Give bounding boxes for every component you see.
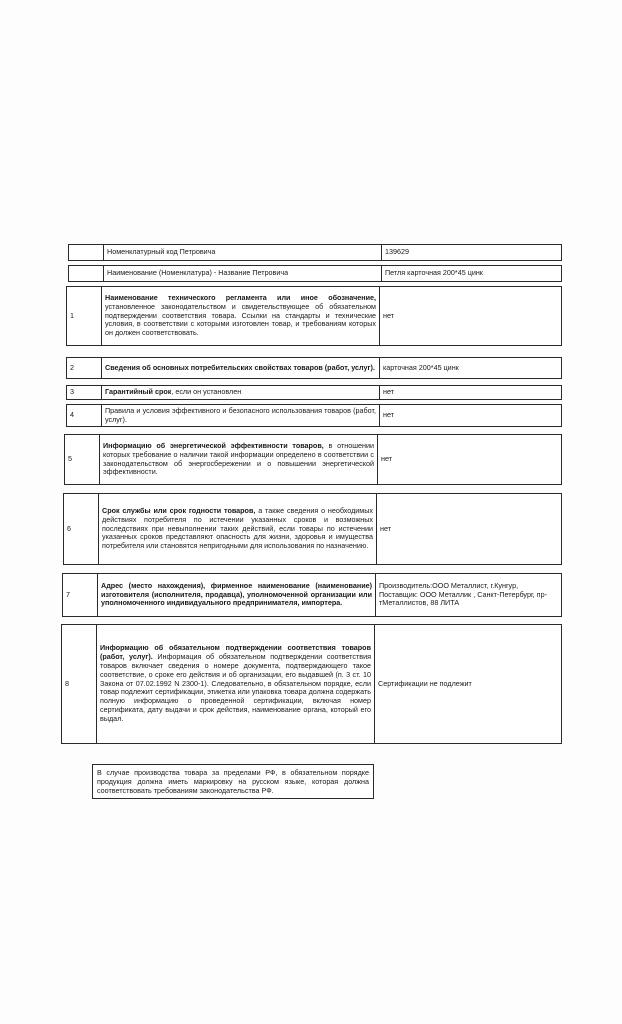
row-label: Наименование технического регламента или…	[102, 287, 380, 345]
scanned-page: Номенклатурный код Петровича 139629 Наим…	[0, 0, 622, 1024]
row-value: Петля карточная 200*45 цинк	[382, 266, 561, 281]
table-row: 1 Наименование технического регламента и…	[66, 286, 562, 346]
row-label-rest: Правила и условия эффективного и безопас…	[105, 406, 376, 424]
foreign-production-note: В случае производства товара за пределам…	[92, 764, 374, 799]
row-value: Производитель:ООО Металлист, г.Кунгур, П…	[376, 574, 561, 616]
table-row: 2 Сведения об основных потребительских с…	[66, 357, 562, 379]
row-number: 5	[65, 435, 100, 484]
row-number: 8	[62, 625, 97, 743]
row-label-rest: Информация об обязательном подтверждении…	[100, 652, 371, 723]
row-value: Сертификации не подлежит	[375, 625, 561, 743]
row-label: Информацию об энергетической эффективнос…	[100, 435, 378, 484]
row-value: нет	[380, 386, 561, 399]
table-row: 4 Правила и условия эффективного и безоп…	[66, 404, 562, 427]
table-row: 6 Срок службы или срок годности товаров,…	[63, 493, 562, 565]
row-value: нет	[378, 435, 561, 484]
row-label: Номенклатурный код Петровича	[104, 245, 382, 260]
table-row: 8 Информацию об обязательном подтвержден…	[61, 624, 562, 744]
row-label-bold: Гарантийный срок	[105, 387, 171, 396]
row-value: нет	[377, 494, 561, 564]
row-number: 1	[67, 287, 102, 345]
nomenclature-code-row: Номенклатурный код Петровича 139629	[68, 244, 562, 261]
row-label-bold: Наименование технического регламента или…	[105, 293, 376, 302]
table-row: 5 Информацию об энергетической эффективн…	[64, 434, 562, 485]
row-number: 4	[67, 405, 102, 426]
row-value: карточная 200*45 цинк	[380, 358, 561, 378]
row-label-bold: Информацию об энергетической эффективнос…	[103, 441, 324, 450]
row-label: Правила и условия эффективного и безопас…	[102, 405, 380, 426]
row-label-bold: Сведения об основных потребительских сво…	[105, 363, 375, 372]
row-label-bold: Срок службы или срок годности товаров,	[102, 506, 255, 515]
row-value: нет	[380, 287, 561, 345]
row-label: Сведения об основных потребительских сво…	[102, 358, 380, 378]
table-row: 7 Адрес (место нахождения), фирменное на…	[62, 573, 562, 617]
row-label: Наименование (Номенклатура) - Название П…	[104, 266, 382, 281]
row-number: 3	[67, 386, 102, 399]
row-label: Адрес (место нахождения), фирменное наим…	[98, 574, 376, 616]
row-number: 2	[67, 358, 102, 378]
nomenclature-name-row: Наименование (Номенклатура) - Название П…	[68, 265, 562, 282]
row-label: Срок службы или срок годности товаров, а…	[99, 494, 377, 564]
row-label-bold: Адрес (место нахождения), фирменное наим…	[101, 581, 372, 608]
row-number: 7	[63, 574, 98, 616]
row-label-rest: установленное законодательством и свидет…	[105, 302, 376, 338]
row-value: 139629	[382, 245, 561, 260]
row-label: Информацию об обязательном подтверждении…	[97, 625, 375, 743]
row-value: нет	[380, 405, 561, 426]
row-label-rest: , если он установлен	[171, 387, 241, 396]
row-label: Гарантийный срок, если он установлен	[102, 386, 380, 399]
table-row: 3 Гарантийный срок, если он установлен н…	[66, 385, 562, 400]
row-number: 6	[64, 494, 99, 564]
row-number-cell	[69, 266, 104, 281]
row-number-cell	[69, 245, 104, 260]
